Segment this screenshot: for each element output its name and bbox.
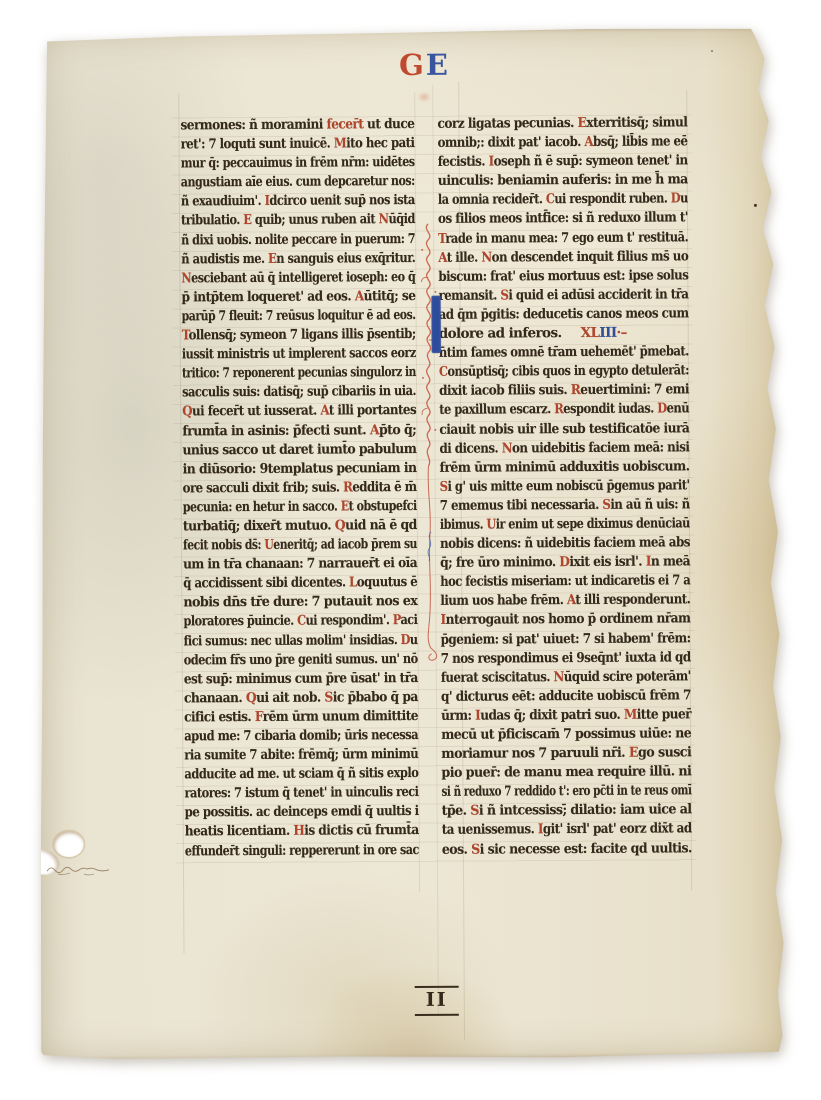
text-line: pe possitis. ac deinceps emdi q̄ uultis … [185,802,419,823]
text-line: ploratores p̄uincie. Cui respondim'. Pac… [183,611,417,632]
text-line: 7 nos respondimus ei 9seq̄nt' iuxta id q… [441,648,691,669]
text-line: biscum: frat' eius mortuus est: ipse sol… [438,266,688,287]
ink-speck [711,50,713,52]
marginal-pen-trial [44,861,118,877]
text-line: moriamur nos 7 paruuli nr̄i. Ego susci [441,743,691,764]
text-line: tritico: 7 reponerent pecunias singulorz… [182,363,416,384]
text-line: apud me: 7 cibaria domib; ūris necessa [184,726,418,747]
text-line: tribulatio. E quib; unus ruben ait Nūq̄i… [181,210,415,231]
text-line: mecū ut p̄ficiscam̄ 7 possimus uiūe: ne [441,724,691,745]
text-line: fuerat sciscitatus. Nūquid scire poterām… [441,667,691,688]
illuminated-initial-I [431,296,440,353]
text-line: turbatiq̄; dixer̄t mutuo. Quid nā ē qd [183,516,417,537]
text-line: Consūptisq̄; cibis quos in egypto detule… [439,362,689,383]
text-column-left: sermones: ñ moramini fecer̄t ut duceret'… [180,115,419,861]
text-line: est sup̄: minimus cum p̄re ūsat' in tr̄a [184,669,418,690]
text-line: ria sumite 7 abite: frēmq̄; ūrm minimū [184,745,418,766]
running-header-letter-e: E [426,48,450,82]
text-line: di dicens. Non uidebitis faciem meā: nis… [439,438,689,459]
manuscript-leaf: GE sermones: ñ moramini fecer̄t ut ducer… [33,28,787,1061]
leaf-shadow: GE sermones: ñ moramini fecer̄t ut ducer… [0,0,821,1100]
text-line: ñ exaudiuim'. Idcirco uenit sup̄ nos ist… [181,191,415,212]
text-line: hoc fecistis miseriam: ut indicaretis ei… [440,572,690,593]
text-line: q' dicturus eēt: adducite uobiscū frēm 7 [441,686,691,707]
text-line: nobis dn̄s tr̄e dure: 7 putauit nos ex [183,592,417,613]
text-line: sacculis suis: datisq̄; sup̄ cibariis in… [182,382,416,403]
text-line: 7 ememus tibi necessaria. Sin aū ñ uis: … [440,495,690,516]
text-column-right: corz ligatas pecunias. Exterritisq̄; sim… [437,113,692,859]
text-line: q̄; fre ūro minimo. Dixit eis isrl'. In … [440,552,690,573]
text-line: la omnia recider̄t. Cui respondit ruben.… [438,190,688,211]
text-line: q̄ accidissent sibi dicentes. Loquutus ē [183,573,417,594]
text-line: dixit iacob filiis suis. Reuertimini: 7 … [439,381,689,402]
text-line: Si g' uis mitte eum nobiscū p̄gemus pari… [440,476,690,497]
text-line: Nesciebant aū q̄ intelligeret ioseph: eo… [181,268,415,289]
text-line: sermones: ñ moramini fecer̄t ut duce [180,115,414,136]
text-line: ta uenissemus. Igit' isrl' pat' eorz dix… [442,820,692,841]
text-line: si ñ reduxo 7 reddido t': ero pc̄ti in t… [441,782,691,803]
text-line: ratores: 7 istum q̄ tenet' in uinculis r… [184,783,418,804]
text-line: parūp̄ 7 fleuit: 7 reūsus loquitur ē ad … [182,306,416,327]
text-line: ibimus. Uir enim ut sepe diximus denūcia… [440,514,690,535]
red-ink-smudge [417,92,431,102]
text-line: pio puer̄: de manu mea require illū. ni [441,762,691,783]
running-header: GE [399,48,450,82]
text-line: Trade in manu mea: 7 ego eum t' restituā… [438,228,688,249]
text-line: ūrm: Iudas q̄; dixit patri suo. Mitte pu… [441,705,691,726]
text-line: n̄tim fames omnē tr̄am uehemēt' p̄mebat. [439,342,689,363]
text-line: ciauit nobis uir ille sub testificatōe i… [439,419,689,440]
quire-signature: II [415,986,459,1016]
text-line: ad q̄m p̄gitis: deducetis canos meos cum [439,304,689,325]
text-line: p̄ intp̄tem loqueret' ad eos. Aūtitq̄; s… [181,287,415,308]
text-line: lium uos habe frēm. At illi responderunt… [440,591,690,612]
text-line: uinculis: beniamin auferis: in me h̄ ma [438,171,688,192]
text-line: corz ligatas pecunias. Exterritisq̄; sim… [437,113,687,134]
text-line: angustiam aīe eius. cum depcaretur nos: [181,172,415,193]
text-line: heatis licentiam. His dictis cū frumt̄a [185,821,419,842]
text-line: odecim fr̄s uno p̄re geniti sumus. un' n… [184,650,418,671]
photo-background: GE sermones: ñ moramini fecer̄t ut ducer… [0,0,821,1100]
text-line: fecit nobis ds̄: Ueneritq̄; ad iacob p̄r… [183,535,417,556]
text-line: tp̄e. Si ñ intcessiss;̄ dilatio: iam uic… [442,801,692,822]
text-line: ret': 7 loquti sunt inuicē. Mito hec pat… [181,134,415,155]
text-line: mur q̄: peccauimus in frēm nr̄m: uidētes [181,153,415,174]
parchment-hole [54,831,84,857]
text-line: frēm ūrm minimū adduxitis uobiscum. [439,457,689,478]
text-line: ore sacculi dixit frib; suis. Reddita ē … [183,478,417,499]
text-line: effunder̄t singuli: reppererunt in ore s… [185,841,419,862]
text-line: pecunia: en hetur in sacco. Et obstupefc… [183,497,417,518]
text-line: At ille. Non descendet inquit filius ms̄… [438,247,688,268]
text-line: te paxillum escarz. Respondit iudas. Den… [439,400,689,421]
text-line: ñ audistis me. En sanguis eius exq̄ritur… [181,249,415,270]
text-line: iussit ministris ut implerent saccos eor… [182,344,416,365]
text-line: Qui fecer̄t ut iusserat. At illi portant… [182,401,416,422]
text-line: cifici estis. Frēm ūrm unum dimittite [184,707,418,728]
text-line: Interrogauit nos homo p̄ ordinem nr̄am [440,610,690,631]
ink-speck [754,204,757,207]
text-line: frumt̄a in asinis: p̄fecti sunt. Ap̄to q… [182,420,416,441]
text-line: p̄geniem: si pat' uiuet: 7 si habem' frē… [441,629,691,650]
running-header-letter-g: G [399,48,426,82]
text-line: ñ dixi uobis. nolite peccare in puerum: … [181,230,415,251]
text-line: os filios meos intf̄ice: si ñ reduxo ill… [438,209,688,230]
text-line: um in tr̄a chanaan: 7 narrauer̄t ei oīa [183,554,417,575]
text-line: fecistis. Ioseph ñ ē sup̄: symeon tenet'… [438,151,688,172]
text-line: eos. Si sic necesse est: facite qd uulti… [442,839,692,860]
text-line: unius sacco ut daret iumt̄o pabulum [182,440,416,461]
text-line: nobis dicens: ñ uidebitis faciem meā abs [440,533,690,554]
text-line: chanaan. Qui ait nob. Sic p̄babo q̄ pa [184,688,418,709]
text-line: in diūsorio: 9templatus pecuniam in [182,459,416,480]
text-line: Tollensq̄; symeon 7 ligans illis p̄senti… [182,325,416,346]
text-line: omnib;: dixit pat' iacob. Absq̄; lib̄is … [437,132,687,153]
text-line: adducite ad me. ut sciam q̄ ñ sitis expl… [184,764,418,785]
text-line: remansit. Si quid ei adūsi acciderit in … [438,285,688,306]
text-line: dolore ad inferos. XLIII·– [439,323,689,344]
text-line: fici sumus: nec ullas molim' insidias. D… [184,630,418,651]
